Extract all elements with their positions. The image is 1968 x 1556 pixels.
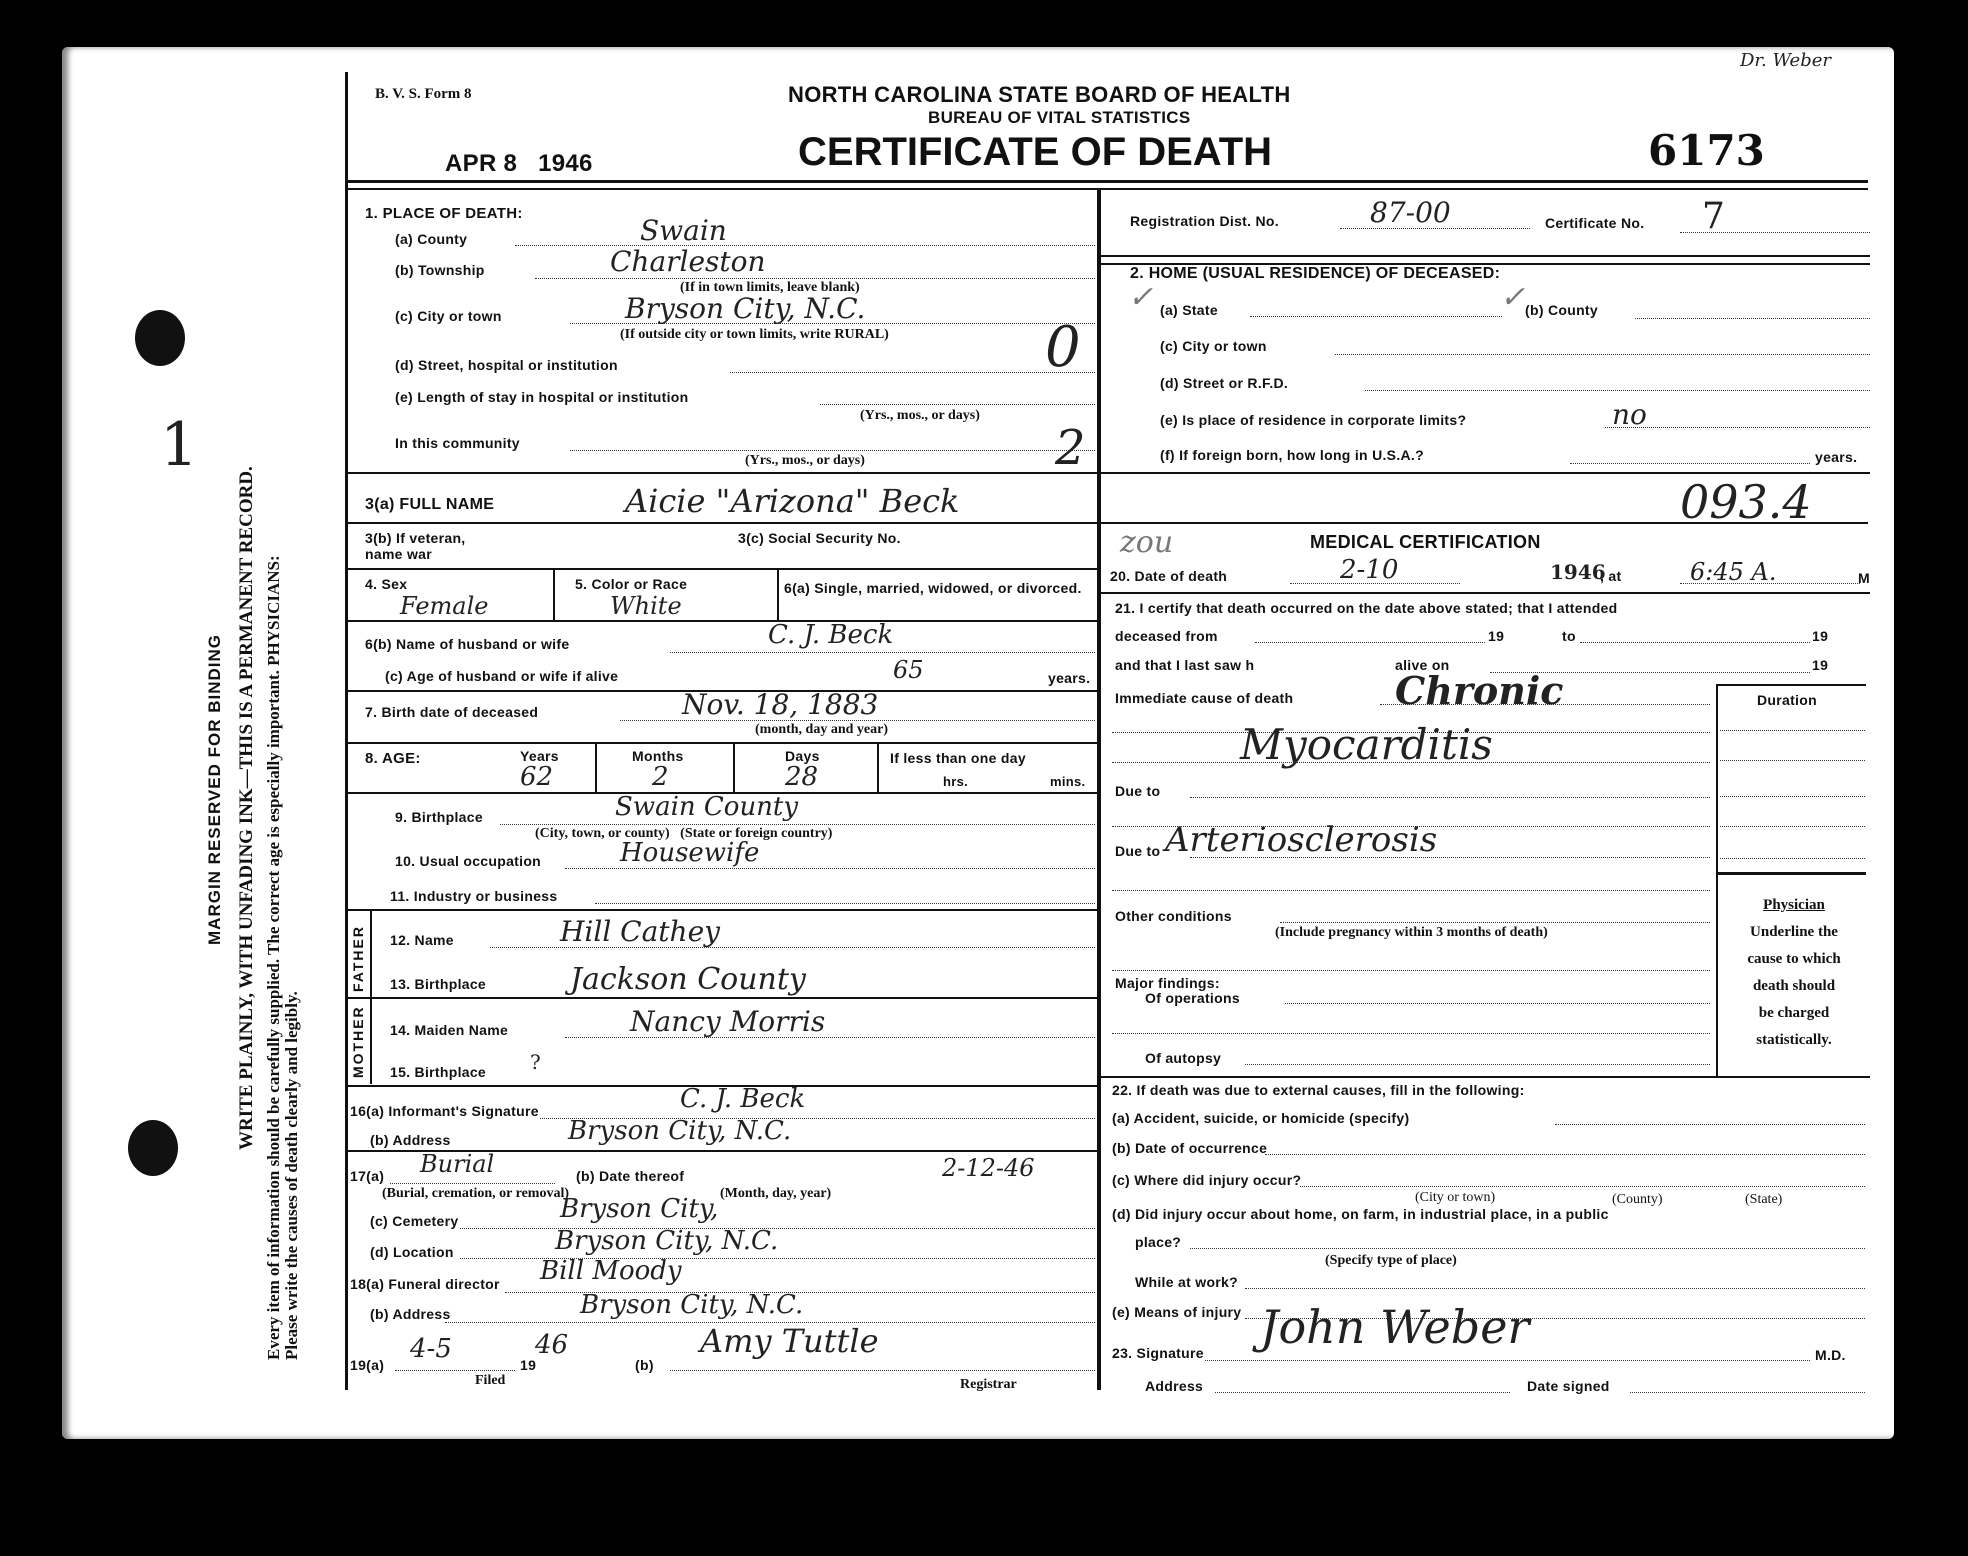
cemetery-value: Bryson City,	[560, 1194, 718, 1224]
corporate-limits-value: no	[1612, 398, 1647, 431]
margin-ink-note: WRITE PLAINLY, WITH UNFADING INK—THIS IS…	[236, 466, 258, 1150]
contributing-cause-value: Arteriosclerosis	[1165, 820, 1437, 860]
death-city-value: Bryson City, N.C.	[625, 292, 865, 325]
binding-hole-top	[135, 310, 185, 366]
cause-of-death-1: Chronic	[1395, 668, 1563, 713]
father-name-value: Hill Cathey	[560, 915, 720, 948]
left-border	[345, 72, 348, 1390]
birth-date-value: Nov. 18, 1883	[682, 688, 878, 721]
home-county-check: ✓	[1500, 280, 1525, 315]
physician-signature-value: John Weber	[1260, 1300, 1529, 1354]
center-divider	[1097, 190, 1101, 1390]
father-birthplace-value: Jackson County	[570, 962, 806, 997]
margin-binding-note: MARGIN RESERVED FOR BINDING	[205, 634, 225, 945]
father-tag: FATHER	[350, 925, 366, 992]
header-rule	[348, 180, 1868, 183]
mother-name-value: Nancy Morris	[630, 1005, 825, 1038]
corner-note: Dr. Weber	[1740, 50, 1831, 71]
death-time-value: 6:45 A.	[1690, 558, 1776, 586]
age-years-value: 62	[520, 762, 553, 792]
death-township-value: Charleston	[610, 245, 766, 278]
spouse-age-value: 65	[893, 656, 924, 684]
agency-name: NORTH CAROLINA STATE BOARD OF HEALTH	[788, 82, 1291, 108]
death-date-value: 2-10	[1340, 555, 1398, 585]
occupation-value: Housewife	[620, 838, 759, 868]
certificate-number-value: 7	[1702, 196, 1725, 237]
death-community-value: 2	[1055, 420, 1086, 476]
place-of-death-heading: 1. PLACE OF DEATH:	[365, 205, 523, 222]
spouse-name-value: C. J. Beck	[768, 620, 893, 650]
side-mark: 1	[160, 410, 198, 480]
informant-address-value: Bryson City, N.C.	[568, 1116, 791, 1146]
disposition-date-value: 2-12-46	[942, 1154, 1035, 1182]
bureau-name: BUREAU OF VITAL STATISTICS	[928, 108, 1190, 128]
form-id: B. V. S. Form 8	[375, 86, 472, 103]
registrar-signature-value: Amy Tuttle	[700, 1322, 879, 1360]
sex-value: Female	[400, 592, 489, 620]
full-name-value: Aicie "Arizona" Beck	[625, 482, 959, 520]
death-stay-value: 0	[1045, 315, 1081, 380]
margin-instructions-2: Please write the causes of death clearly…	[282, 991, 302, 1360]
classification-code: 093.4	[1680, 475, 1812, 529]
mother-tag: MOTHER	[350, 1005, 366, 1078]
age-days-value: 28	[785, 762, 818, 792]
physician-note: Physician Underline the cause to which d…	[1720, 892, 1868, 1054]
binding-hole-bottom	[128, 1120, 178, 1176]
death-year-value: 1946	[1550, 560, 1606, 584]
funeral-address-value: Bryson City, N.C.	[580, 1290, 803, 1320]
race-value: White	[610, 592, 682, 620]
medical-heading: MEDICAL CERTIFICATION	[1310, 532, 1541, 553]
funeral-director-value: Bill Moody	[540, 1256, 682, 1286]
death-county-value: Swain	[640, 214, 727, 247]
home-state-check: ✓	[1128, 280, 1153, 315]
mother-birthplace-value: ?	[530, 1050, 541, 1074]
stamp-date: APR 8 1946	[445, 150, 593, 178]
certificate-title: CERTIFICATE OF DEATH	[798, 130, 1272, 175]
filed-year-value: 46	[535, 1330, 568, 1360]
age-months-value: 2	[652, 762, 669, 792]
file-number: 6173	[1648, 126, 1765, 175]
disposition-value: Burial	[420, 1150, 494, 1178]
margin-note: zou	[1120, 525, 1173, 560]
birthplace-value: Swain County	[615, 792, 798, 822]
margin-instructions-1: Every item of information should be care…	[264, 555, 284, 1360]
registration-district-value: 87-00	[1370, 196, 1451, 229]
location-value: Bryson City, N.C.	[555, 1226, 778, 1256]
filed-date-value: 4-5	[410, 1334, 452, 1364]
informant-signature-value: C. J. Beck	[680, 1084, 805, 1114]
